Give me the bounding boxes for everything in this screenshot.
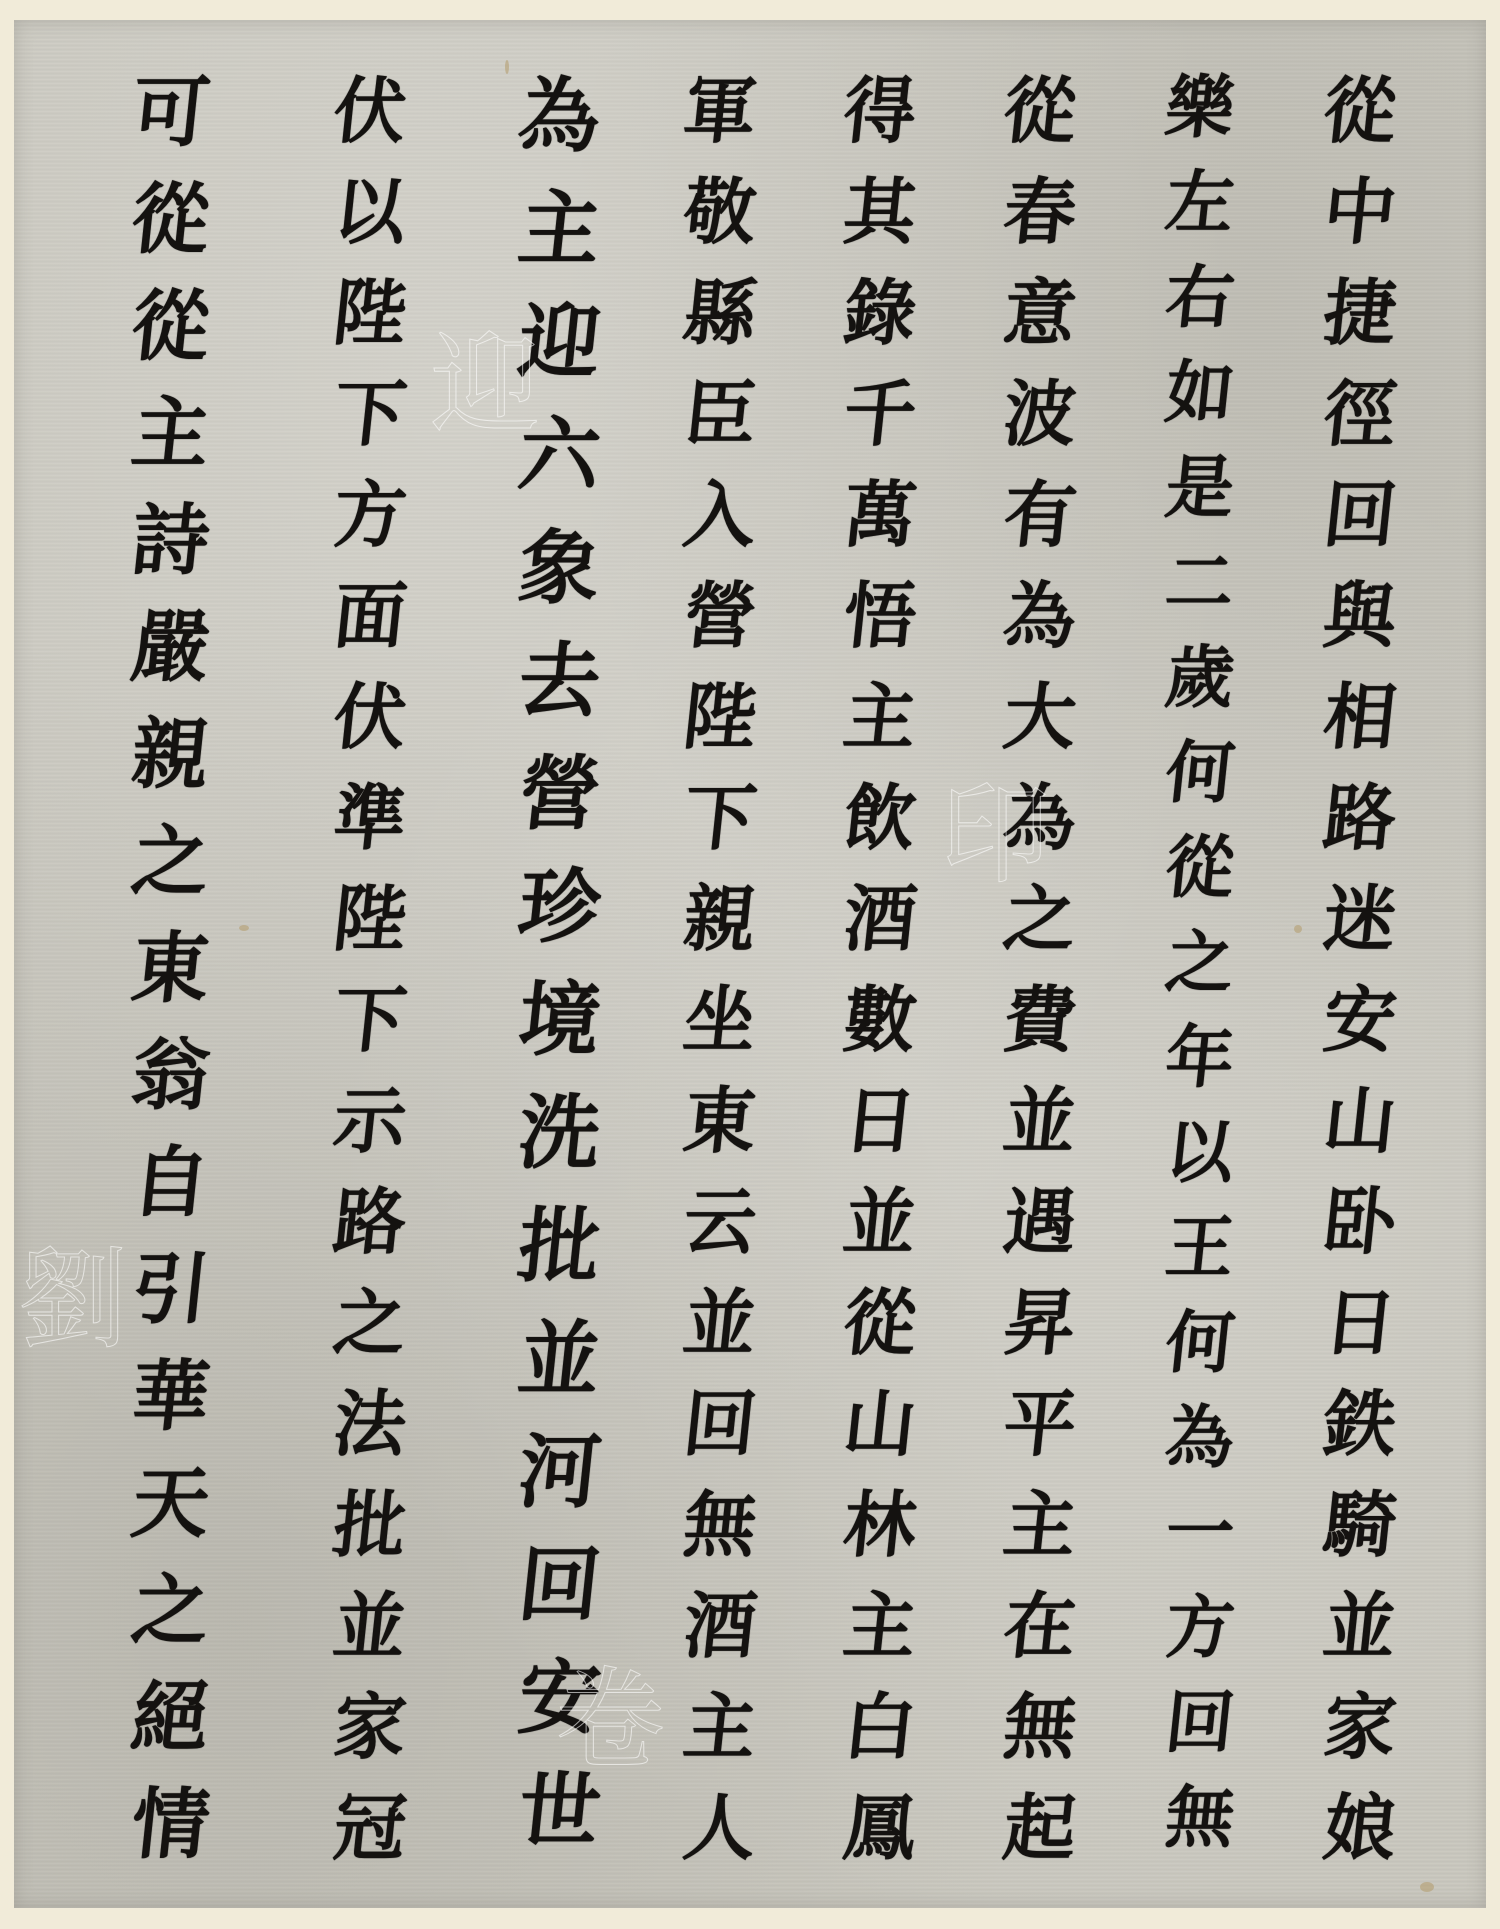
calligraphy-character: 萬	[839, 464, 922, 565]
calligraphy-character: 鳳	[839, 1777, 922, 1878]
calligraphy-character: 錄	[839, 262, 922, 363]
paper-stain	[239, 925, 249, 931]
calligraphy-character: 並	[1319, 1575, 1402, 1676]
calligraphy-character: 家	[329, 1676, 412, 1777]
calligraphy-character: 一	[1161, 1485, 1239, 1580]
calligraphy-character: 去	[514, 625, 607, 738]
calligraphy-character: 洗	[514, 1077, 607, 1190]
calligraphy-character: 樂	[1161, 60, 1239, 155]
text-column-4: 得其錄千萬悟主飲酒數日並從山林主白鳳	[815, 60, 945, 1878]
calligraphy-character: 法	[329, 1373, 412, 1474]
calligraphy-character: 白	[839, 1676, 922, 1777]
calligraphy-character: 云	[679, 1171, 762, 1272]
calligraphy-character: 以	[1161, 1105, 1239, 1200]
calligraphy-character: 大	[999, 666, 1082, 767]
calligraphy-character: 為	[999, 767, 1082, 868]
calligraphy-character: 從	[1161, 820, 1239, 915]
calligraphy-character: 有	[999, 464, 1082, 565]
calligraphy-character: 為	[1161, 1390, 1239, 1485]
calligraphy-character: 縣	[679, 262, 762, 363]
calligraphy-character: 從	[126, 274, 214, 381]
calligraphy-character: 回	[679, 1373, 762, 1474]
calligraphy-character: 右	[1161, 250, 1239, 345]
calligraphy-character: 坐	[679, 969, 762, 1070]
calligraphy-character: 回	[514, 1529, 607, 1642]
calligraphy-character: 鉄	[1319, 1373, 1402, 1474]
calligraphy-character: 主	[999, 1474, 1082, 1575]
calligraphy-character: 相	[1319, 666, 1402, 767]
calligraphy-character: 二	[1161, 535, 1239, 630]
paper-stain	[1294, 925, 1302, 933]
calligraphy-character: 林	[839, 1474, 922, 1575]
text-column-3: 從春意波有為大為之費並遇昇平主在無起	[975, 60, 1105, 1878]
calligraphy-character: 並	[514, 1303, 607, 1416]
calligraphy-character: 千	[839, 363, 922, 464]
calligraphy-character: 可	[126, 60, 214, 167]
calligraphy-character: 何	[1161, 1295, 1239, 1390]
calligraphy-character: 面	[329, 565, 412, 666]
calligraphy-character: 之	[329, 1272, 412, 1373]
calligraphy-character: 下	[679, 767, 762, 868]
calligraphy-character: 象	[514, 512, 607, 625]
calligraphy-character: 準	[329, 767, 412, 868]
calligraphy-character: 騎	[1319, 1474, 1402, 1575]
calligraphy-character: 親	[679, 868, 762, 969]
calligraphy-character: 河	[514, 1416, 607, 1529]
calligraphy-character: 並	[329, 1575, 412, 1676]
calligraphy-character: 主	[514, 173, 607, 286]
calligraphy-character: 春	[999, 161, 1082, 262]
calligraphy-character: 批	[329, 1474, 412, 1575]
calligraphy-character: 珍	[514, 851, 607, 964]
text-column-1: 從中捷徑回與相路迷安山卧日鉄騎並家娘	[1295, 60, 1425, 1878]
calligraphy-character: 無	[1161, 1770, 1239, 1865]
calligraphy-character: 從	[1319, 60, 1402, 161]
calligraphy-character: 之	[999, 868, 1082, 969]
calligraphy-character: 東	[679, 1070, 762, 1171]
calligraphy-paper: 從中捷徑回與相路迷安山卧日鉄騎並家娘樂左右如是二歲何從之年以王何為一方回無從春意…	[14, 20, 1486, 1908]
calligraphy-character: 方	[329, 464, 412, 565]
calligraphy-character: 無	[679, 1474, 762, 1575]
calligraphy-character: 營	[679, 565, 762, 666]
calligraphy-character: 回	[1161, 1675, 1239, 1770]
calligraphy-character: 情	[126, 1772, 214, 1879]
calligraphy-character: 批	[514, 1190, 607, 1303]
calligraphy-character: 王	[1161, 1200, 1239, 1295]
text-column-8: 可從從主詩嚴親之東翁自引華天之絕情	[105, 60, 235, 1879]
paper-stain	[505, 60, 509, 74]
calligraphy-character: 臣	[679, 363, 762, 464]
calligraphy-character: 伏	[329, 666, 412, 767]
calligraphy-character: 安	[514, 1642, 607, 1755]
calligraphy-character: 華	[126, 1344, 214, 1451]
calligraphy-character: 人	[679, 1777, 762, 1878]
calligraphy-character: 迎	[514, 286, 607, 399]
calligraphy-character: 親	[126, 702, 214, 809]
calligraphy-character: 卧	[1319, 1171, 1402, 1272]
text-column-2: 樂左右如是二歲何從之年以王何為一方回無	[1135, 60, 1265, 1865]
calligraphy-character: 其	[839, 161, 922, 262]
calligraphy-character: 下	[329, 363, 412, 464]
calligraphy-character: 昇	[999, 1272, 1082, 1373]
calligraphy-character: 山	[839, 1373, 922, 1474]
calligraphy-character: 年	[1161, 1010, 1239, 1105]
calligraphy-character: 無	[999, 1676, 1082, 1777]
calligraphy-character: 迷	[1319, 868, 1402, 969]
calligraphy-character: 與	[1319, 565, 1402, 666]
text-column-6: 為主迎六象去營珍境洗批並河回安世	[495, 60, 625, 1868]
calligraphy-character: 從	[839, 1272, 922, 1373]
calligraphy-character: 中	[1319, 161, 1402, 262]
calligraphy-character: 回	[1319, 464, 1402, 565]
calligraphy-character: 飲	[839, 767, 922, 868]
calligraphy-character: 之	[126, 1558, 214, 1665]
calligraphy-character: 從	[126, 167, 214, 274]
calligraphy-character: 路	[1319, 767, 1402, 868]
calligraphy-character: 入	[679, 464, 762, 565]
calligraphy-character: 下	[329, 969, 412, 1070]
paper-stain	[1420, 1882, 1434, 1892]
calligraphy-character: 波	[999, 363, 1082, 464]
calligraphy-character: 陛	[329, 868, 412, 969]
calligraphy-character: 陛	[679, 666, 762, 767]
calligraphy-character: 遇	[999, 1171, 1082, 1272]
calligraphy-character: 之	[126, 809, 214, 916]
calligraphy-character: 徑	[1319, 363, 1402, 464]
calligraphy-character: 日	[839, 1070, 922, 1171]
calligraphy-character: 捷	[1319, 262, 1402, 363]
calligraphy-character: 在	[999, 1575, 1082, 1676]
calligraphy-character: 路	[329, 1171, 412, 1272]
calligraphy-character: 是	[1161, 440, 1239, 535]
calligraphy-character: 六	[514, 399, 607, 512]
calligraphy-character: 家	[1319, 1676, 1402, 1777]
calligraphy-character: 主	[839, 666, 922, 767]
scan-page: 從中捷徑回與相路迷安山卧日鉄騎並家娘樂左右如是二歲何從之年以王何為一方回無從春意…	[0, 0, 1500, 1929]
calligraphy-character: 以	[329, 161, 412, 262]
calligraphy-character: 安	[1319, 969, 1402, 1070]
calligraphy-character: 如	[1161, 345, 1239, 440]
calligraphy-character: 平	[999, 1373, 1082, 1474]
text-column-5: 軍敬縣臣入營陛下親坐東云並回無酒主人	[655, 60, 785, 1878]
calligraphy-character: 冠	[329, 1777, 412, 1878]
calligraphy-character: 軍	[679, 60, 762, 161]
calligraphy-character: 天	[126, 1451, 214, 1558]
calligraphy-character: 陛	[329, 262, 412, 363]
calligraphy-character: 左	[1161, 155, 1239, 250]
calligraphy-character: 娘	[1319, 1777, 1402, 1878]
calligraphy-character: 得	[839, 60, 922, 161]
calligraphy-character: 為	[999, 565, 1082, 666]
calligraphy-character: 翁	[126, 1023, 214, 1130]
calligraphy-character: 伏	[329, 60, 412, 161]
calligraphy-character: 並	[839, 1171, 922, 1272]
calligraphy-character: 主	[679, 1676, 762, 1777]
calligraphy-character: 營	[514, 738, 607, 851]
calligraphy-character: 東	[126, 916, 214, 1023]
calligraphy-character: 悟	[839, 565, 922, 666]
calligraphy-character: 酒	[679, 1575, 762, 1676]
calligraphy-character: 主	[839, 1575, 922, 1676]
calligraphy-character: 世	[514, 1755, 607, 1868]
calligraphy-character: 示	[329, 1070, 412, 1171]
calligraphy-character: 酒	[839, 868, 922, 969]
calligraphy-character: 主	[126, 381, 214, 488]
calligraphy-character: 之	[1161, 915, 1239, 1010]
calligraphy-character: 並	[679, 1272, 762, 1373]
calligraphy-character: 意	[999, 262, 1082, 363]
calligraphy-character: 何	[1161, 725, 1239, 820]
text-column-7: 伏以陛下方面伏準陛下示路之法批並家冠	[305, 60, 435, 1878]
calligraphy-character: 自	[126, 1130, 214, 1237]
calligraphy-character: 方	[1161, 1580, 1239, 1675]
calligraphy-character: 山	[1319, 1070, 1402, 1171]
calligraphy-character: 歲	[1161, 630, 1239, 725]
calligraphy-character: 數	[839, 969, 922, 1070]
calligraphy-character: 詩	[126, 488, 214, 595]
calligraphy-character: 境	[514, 964, 607, 1077]
calligraphy-character: 起	[999, 1777, 1082, 1878]
calligraphy-character: 敬	[679, 161, 762, 262]
calligraphy-character: 引	[126, 1237, 214, 1344]
calligraphy-character: 嚴	[126, 595, 214, 702]
calligraphy-character: 日	[1319, 1272, 1402, 1373]
calligraphy-character: 並	[999, 1070, 1082, 1171]
calligraphy-character: 為	[514, 60, 607, 173]
calligraphy-character: 費	[999, 969, 1082, 1070]
calligraphy-character: 絕	[126, 1665, 214, 1772]
calligraphy-character: 從	[999, 60, 1082, 161]
